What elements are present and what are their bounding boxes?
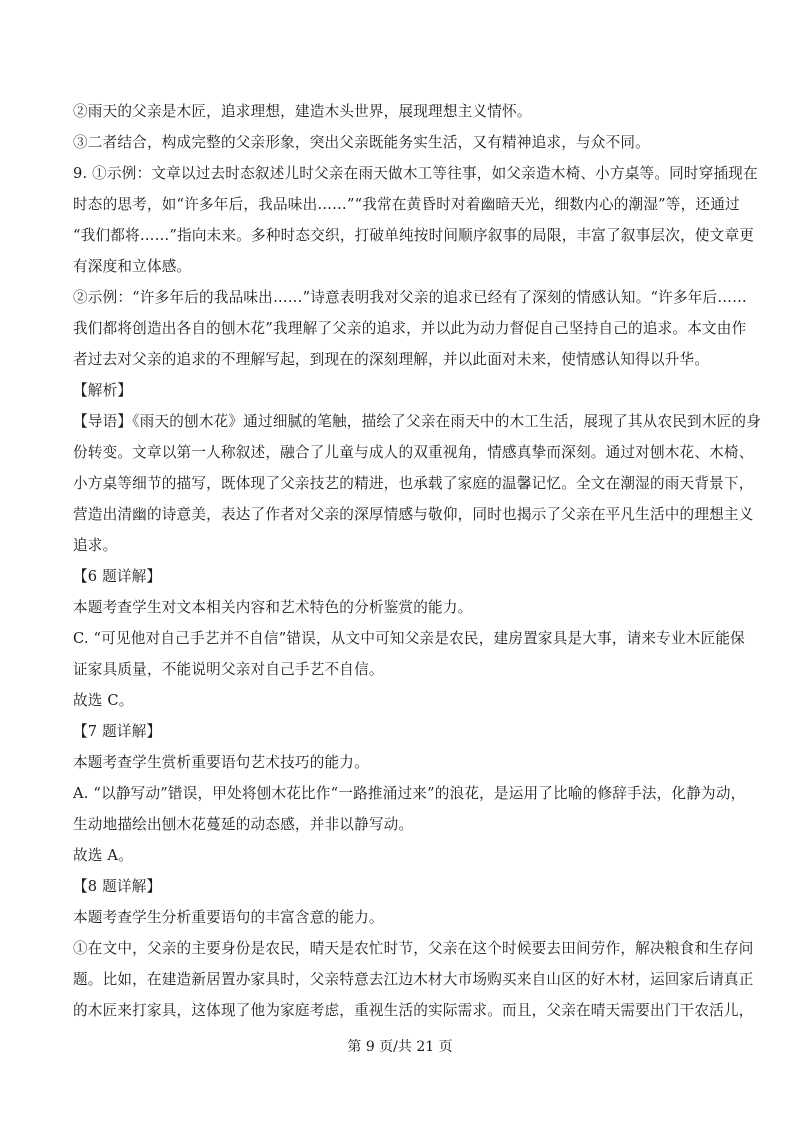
text-line: 本题考查学生分析重要语句的丰富含意的能力。 xyxy=(73,902,729,933)
answer-line: 故选 A。 xyxy=(73,840,729,871)
text-line: “我们都将……”指向未来。多种时态交织，打破单纯按时间顺序叙事的局限，丰富了叙事… xyxy=(73,220,729,251)
text-line: 本题考查学生对文本相关内容和艺术特色的分析鉴赏的能力。 xyxy=(73,592,729,623)
text-line: 生动地描绘出刨木花蔓延的动态感，并非以静写动。 xyxy=(73,809,729,840)
text-line: C. “可见他对自己手艺并不自信”错误，从文中可知父亲是农民，建房置家具是大事，… xyxy=(73,623,729,654)
text-line: 追求。 xyxy=(73,530,729,561)
section-heading-q7: 【7 题详解】 xyxy=(73,716,729,747)
text-line: 份转变。文章以第一人称叙述，融合了儿童与成人的双重视角，情感真挚而深刻。通过对刨… xyxy=(73,437,729,468)
text-line: 9. ①示例：文章以过去时态叙述儿时父亲在雨天做木工等往事，如父亲造木椅、小方桌… xyxy=(73,158,729,189)
text-line: 者过去对父亲的追求的不理解写起，到现在的深刻理解，并以此面对未来，使情感认知得以… xyxy=(73,344,729,375)
text-line: 我们都将创造出各自的刨木花”我理解了父亲的追求，并以此为动力督促自己坚持自己的追… xyxy=(73,313,729,344)
text-line: ②示例：“许多年后的我品味出……”诗意表明我对父亲的追求已经有了深刻的情感认知。… xyxy=(73,282,729,313)
text-line: 时态的思考，如“许多年后，我品味出……”“我常在黄昏时对着幽暗天光，细数内心的潮… xyxy=(73,189,729,220)
section-heading-q6: 【6 题详解】 xyxy=(73,561,729,592)
section-heading-analysis: 【解析】 xyxy=(73,375,729,406)
text-line: ①在文中，父亲的主要身份是农民，晴天是农忙时节，父亲在这个时候要去田间劳作，解决… xyxy=(73,933,729,964)
text-line: 【导语】《雨天的刨木花》通过细腻的笔触，描绘了父亲在雨天中的木工生活，展现了其从… xyxy=(73,406,729,437)
section-heading-q8: 【8 题详解】 xyxy=(73,871,729,902)
text-line: ③二者结合，构成完整的父亲形象，突出父亲既能务实生活，又有精神追求，与众不同。 xyxy=(73,127,729,158)
text-line: A. “以静写动”错误，甲处将刨木花比作“一路推涌过来”的浪花，是运用了比喻的修… xyxy=(73,778,729,809)
text-line: 小方桌等细节的描写，既体现了父亲技艺的精进，也承载了家庭的温馨记忆。全文在潮湿的… xyxy=(73,468,729,499)
text-line: 的木匠来打家具，这体现了他为家庭考虑，重视生活的实际需求。而且，父亲在晴天需要出… xyxy=(73,995,729,1026)
text-line: 有深度和立体感。 xyxy=(73,251,729,282)
page-number: 第 9 页/共 21 页 xyxy=(0,1036,800,1056)
text-line: 营造出清幽的诗意美，表达了作者对父亲的深厚情感与敬仰，同时也揭示了父亲在平凡生活… xyxy=(73,499,729,530)
text-line: 证家具质量，不能说明父亲对自己手艺不自信。 xyxy=(73,654,729,685)
document-body: ②雨天的父亲是木匠，追求理想，建造木头世界，展现理想主义情怀。 ③二者结合，构成… xyxy=(73,96,729,1026)
text-line: 本题考查学生赏析重要语句艺术技巧的能力。 xyxy=(73,747,729,778)
text-line: 题。比如，在建造新居置办家具时，父亲特意去江边木材大市场购买来自山区的好木材，运… xyxy=(73,964,729,995)
answer-line: 故选 C。 xyxy=(73,685,729,716)
text-line: ②雨天的父亲是木匠，追求理想，建造木头世界，展现理想主义情怀。 xyxy=(73,96,729,127)
